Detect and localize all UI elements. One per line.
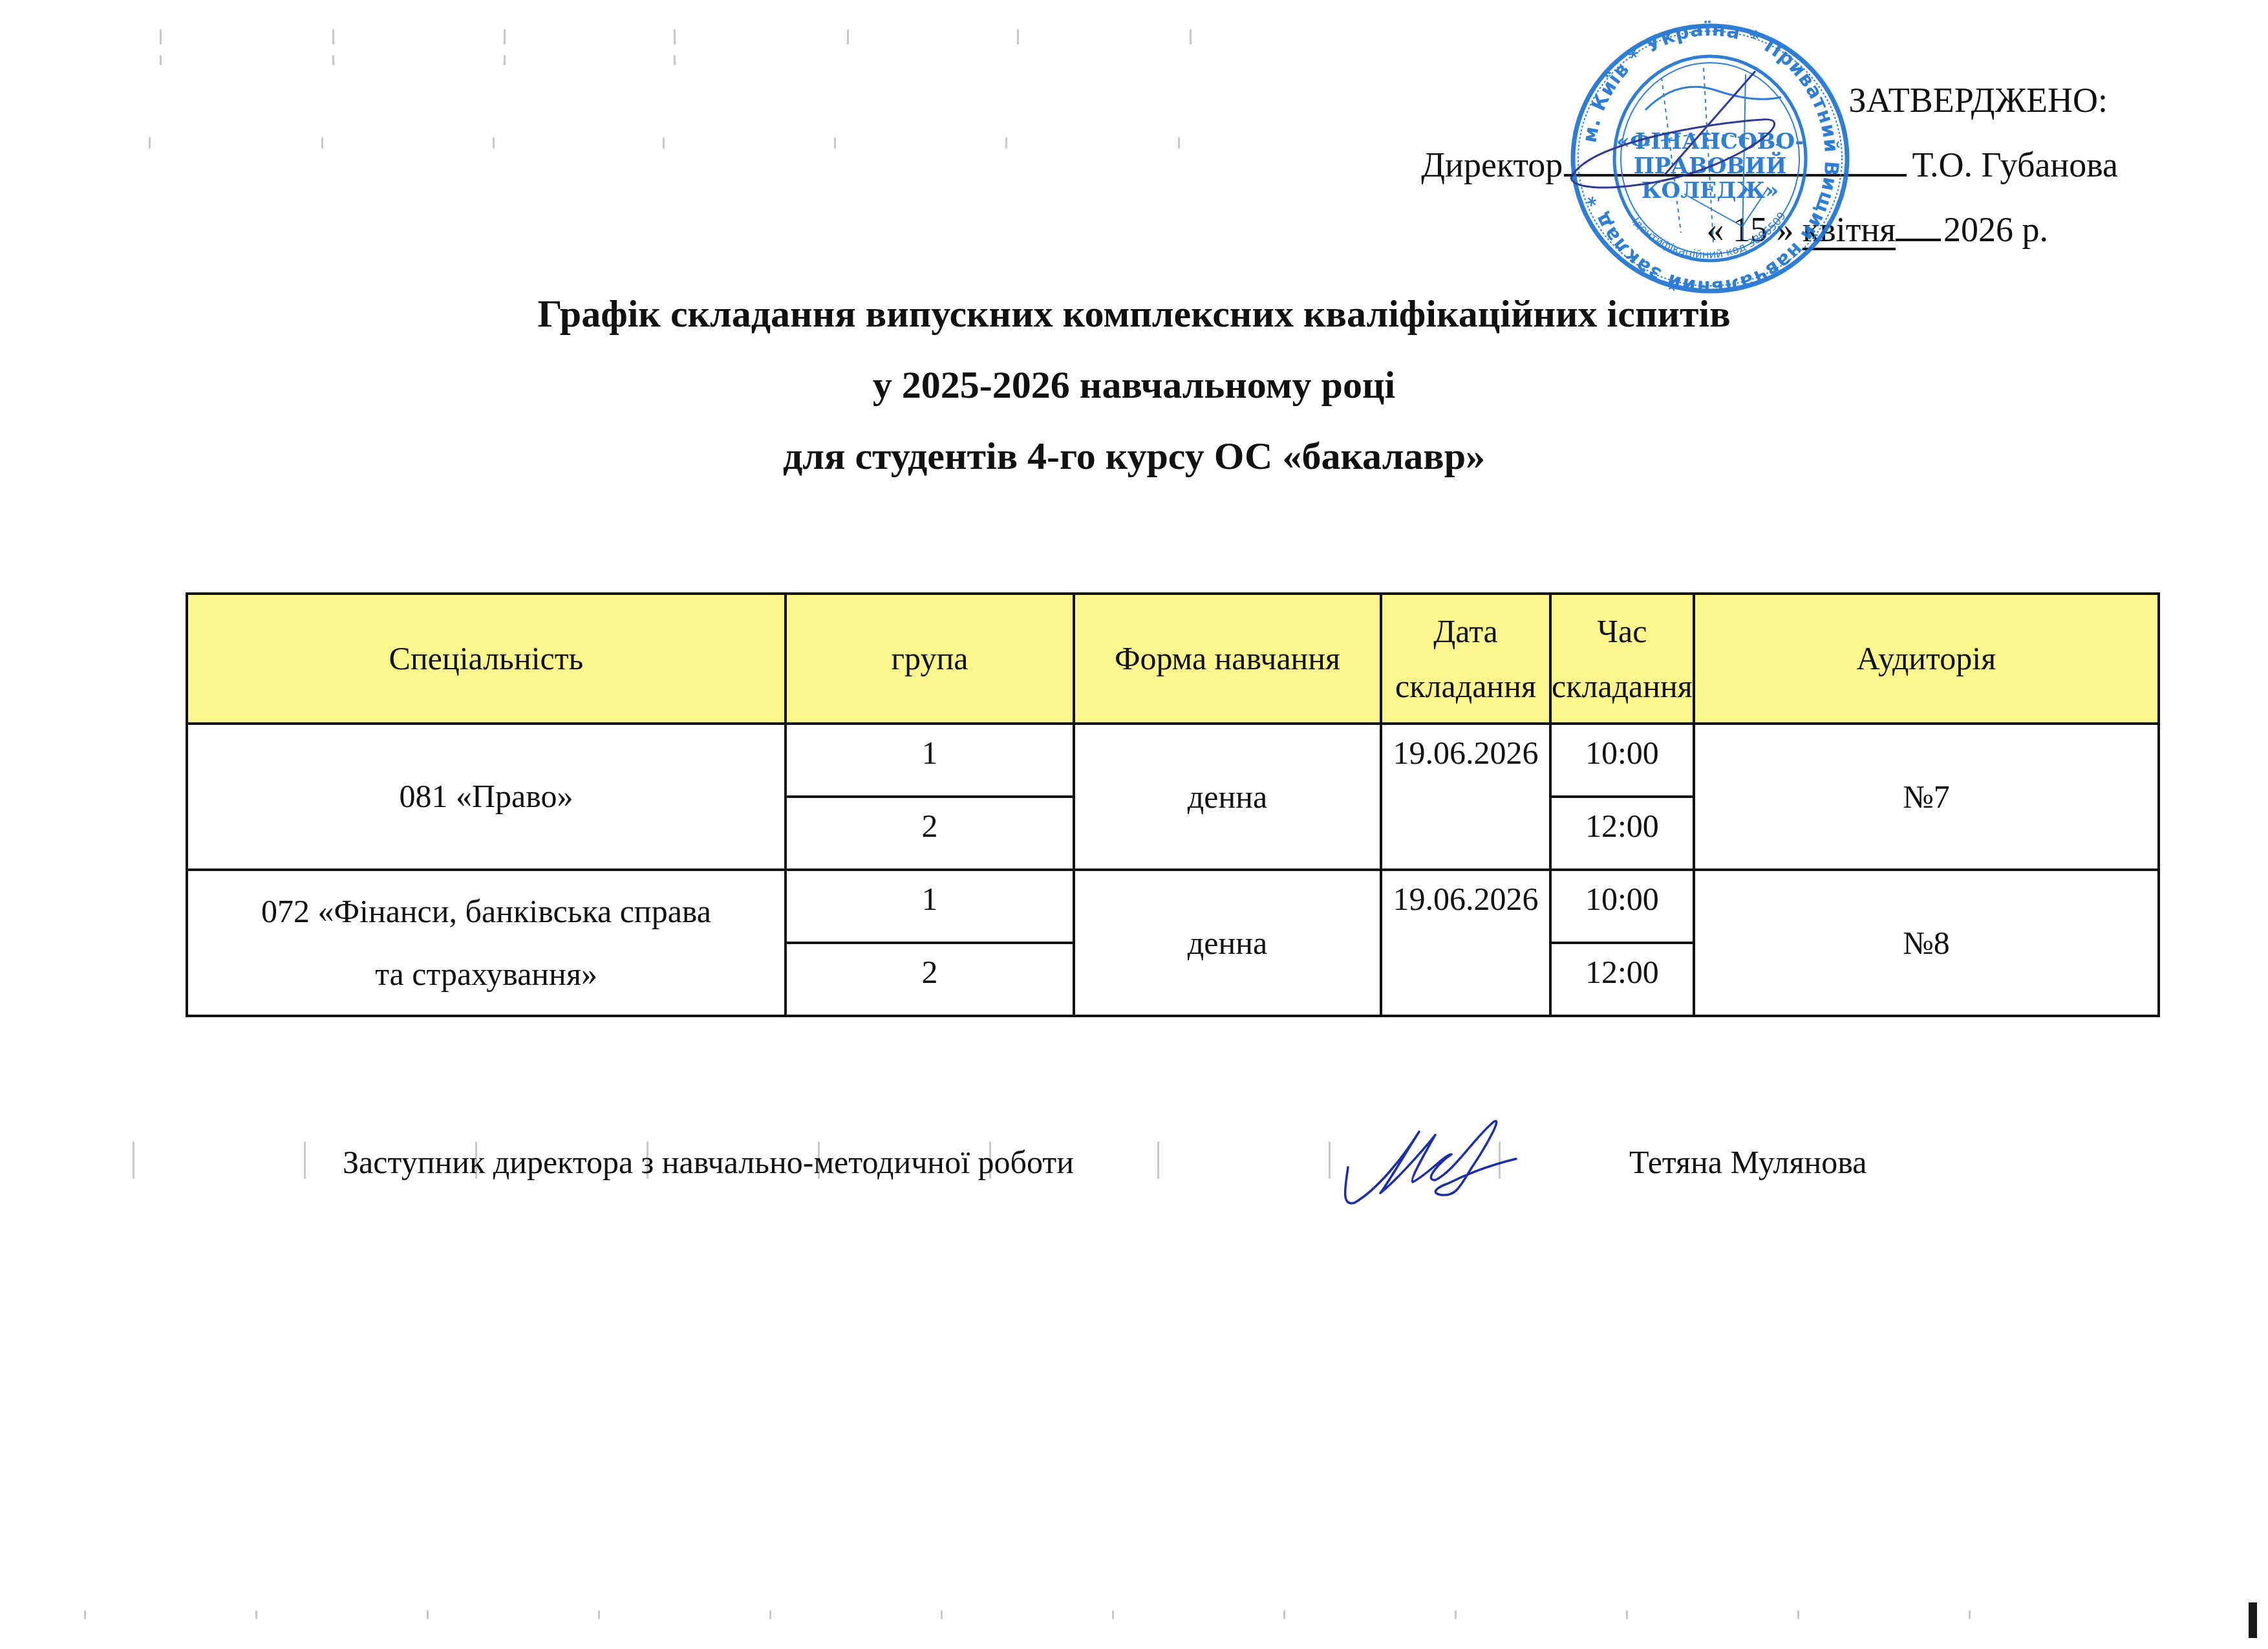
header-exam-time-line-2: складання bbox=[1552, 659, 1693, 714]
table-header-row: Спеціальність група Форма навчання Дата … bbox=[187, 594, 2159, 724]
director-signature-line bbox=[1564, 145, 1907, 177]
handwritten-signature-icon bbox=[1332, 1119, 1526, 1229]
scan-corner-mark bbox=[2249, 1602, 2257, 1638]
cell-specialty-line-1: 072 «Фінанси, банківська справа bbox=[188, 880, 784, 943]
cell-room: №8 bbox=[1694, 870, 2159, 1016]
cell-exam-date: 19.06.2026 bbox=[1381, 724, 1550, 870]
header-specialty: Спеціальність bbox=[187, 594, 786, 724]
header-study-form: Форма навчання bbox=[1074, 594, 1381, 724]
footer-signatory-name: Тетяна Мулянова bbox=[1629, 1143, 1867, 1181]
date-close-quote: » bbox=[1776, 210, 1793, 249]
header-exam-date: Дата складання bbox=[1381, 594, 1550, 724]
cell-group: 2 bbox=[786, 797, 1074, 870]
cell-exam-time: 10:00 bbox=[1550, 870, 1694, 943]
cell-specialty: 081 «Право» bbox=[187, 724, 786, 870]
cell-exam-time: 12:00 bbox=[1550, 797, 1694, 870]
date-open-quote: « bbox=[1706, 210, 1724, 249]
cell-exam-date: 19.06.2026 bbox=[1381, 870, 1550, 1016]
header-exam-time-line-1: Час bbox=[1552, 604, 1693, 659]
cell-group: 2 bbox=[786, 943, 1074, 1016]
cell-exam-time: 10:00 bbox=[1550, 724, 1694, 797]
approval-title: ЗАТВЕРДЖЕНО: bbox=[1849, 83, 2108, 118]
date-underline bbox=[1896, 210, 1941, 241]
director-position: Директор bbox=[1421, 145, 1563, 184]
cell-specialty: 072 «Фінанси, банківська справа та страх… bbox=[187, 870, 786, 1016]
table-row: 081 «Право» 1 денна 19.06.2026 10:00 №7 bbox=[187, 724, 2159, 797]
table-row: 072 «Фінанси, банківська справа та страх… bbox=[187, 870, 2159, 943]
document-title-line-3: для студентів 4-го курсу ОС «бакалавр» bbox=[0, 436, 2268, 475]
date-month: квітня bbox=[1803, 210, 1896, 249]
header-room: Аудиторія bbox=[1694, 594, 2159, 724]
cell-room: №7 bbox=[1694, 724, 2159, 870]
exam-schedule-table: Спеціальність група Форма навчання Дата … bbox=[186, 592, 2160, 1017]
cell-group: 1 bbox=[786, 724, 1074, 797]
cell-exam-time: 12:00 bbox=[1550, 943, 1694, 1016]
director-name: Т.О. Губанова bbox=[1912, 145, 2118, 184]
date-year: 2026 р. bbox=[1943, 210, 2048, 249]
cell-study-form: денна bbox=[1074, 870, 1381, 1016]
date-day: 15 bbox=[1733, 210, 1768, 249]
cell-specialty-line-2: та страхування» bbox=[188, 943, 784, 1006]
approval-director-line: ДиректорТ.О. Губанова bbox=[1421, 145, 2118, 182]
header-group: група bbox=[786, 594, 1074, 724]
approval-date: « 15 » квітня2026 р. bbox=[1706, 210, 2048, 247]
document-title-line-1: Графік складання випускних комплексних к… bbox=[0, 294, 2268, 333]
cell-group: 1 bbox=[786, 870, 1074, 943]
footer-signatory-role: Заступник директора з навчально-методичн… bbox=[343, 1143, 1074, 1181]
cell-study-form: денна bbox=[1074, 724, 1381, 870]
document-title-line-2: у 2025-2026 навчальному році bbox=[0, 365, 2268, 404]
header-exam-time: Час складання bbox=[1550, 594, 1694, 724]
